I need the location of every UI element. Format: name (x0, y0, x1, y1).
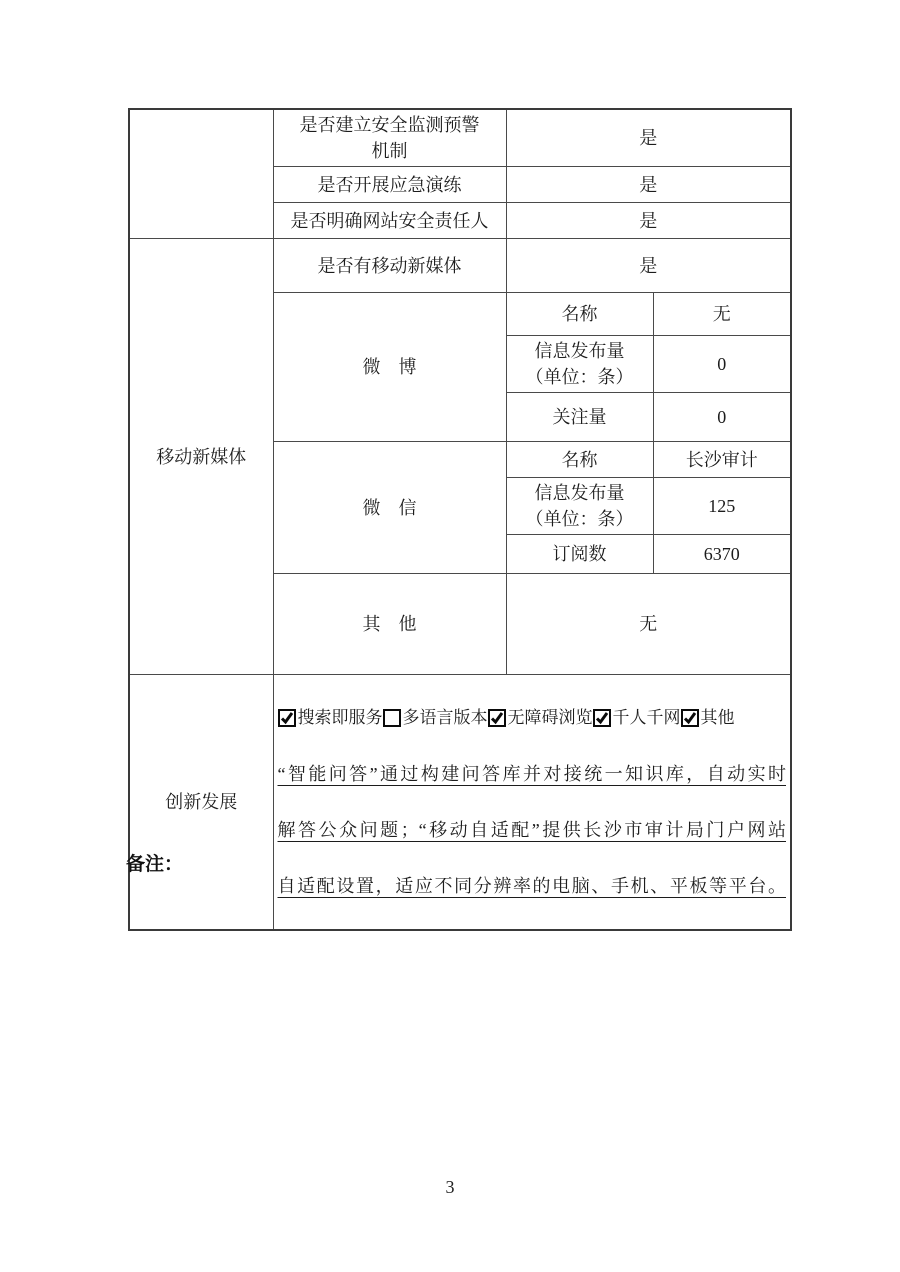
row-label-weibo-name: 名称 (506, 293, 653, 336)
group-label-other-media: 其 他 (273, 574, 506, 675)
row-label-wechat-posts: 信息发布量 （单位：条） (506, 478, 653, 535)
innovation-option-label: 其他 (701, 705, 735, 731)
row-value-emergency-drill: 是 (506, 167, 791, 203)
innovation-description-line: 解答公众问题；“移动自适配”提供长沙市审计局门户网站 (278, 815, 787, 845)
row-value-wechat-name: 长沙审计 (653, 442, 791, 478)
innovation-options-row: 搜索即服务 多语言版本 无障碍浏览 千人千网 (278, 703, 787, 733)
row-value-other-media: 无 (506, 574, 791, 675)
row-value-weibo-posts: 0 (653, 336, 791, 393)
innovation-description-line: 自适配设置，适应不同分辨率的电脑、手机、平板等平台。 (278, 871, 787, 901)
innovation-option-other: 其他 (681, 705, 735, 731)
checkbox-checked-icon (488, 709, 506, 727)
row-value-security-monitoring: 是 (506, 109, 791, 167)
page-number: 3 (0, 1177, 900, 1198)
section-label-mobile-media: 移动新媒体 (129, 239, 273, 675)
innovation-option-accessibility: 无障碍浏览 (488, 705, 593, 731)
innovation-option-label: 搜索即服务 (298, 705, 383, 731)
row-label-wechat-name: 名称 (506, 442, 653, 478)
row-label-has-mobile-media: 是否有移动新媒体 (273, 239, 506, 293)
checkbox-checked-icon (681, 709, 699, 727)
group-label-weibo: 微 博 (273, 293, 506, 442)
innovation-description-line: “智能问答”通过构建问答库并对接统一知识库，自动实时 (278, 759, 787, 789)
innovation-option-label: 多语言版本 (403, 705, 488, 731)
row-value-wechat-posts: 125 (653, 478, 791, 535)
document-page: 是否建立安全监测预警 机制 是 是否开展应急演练 是 是否明确网站安全责任人 是… (0, 0, 900, 1272)
row-value-security-officer: 是 (506, 203, 791, 239)
section-cell-empty (129, 109, 273, 239)
row-value-weibo-followers: 0 (653, 393, 791, 442)
checkbox-checked-icon (278, 709, 296, 727)
innovation-option-multilang: 多语言版本 (383, 705, 488, 731)
row-label-wechat-subscribers: 订阅数 (506, 535, 653, 574)
row-label-emergency-drill: 是否开展应急演练 (273, 167, 506, 203)
row-label-security-officer: 是否明确网站安全责任人 (273, 203, 506, 239)
row-value-has-mobile-media: 是 (506, 239, 791, 293)
row-label-weibo-posts: 信息发布量 （单位：条） (506, 336, 653, 393)
row-label-weibo-followers: 关注量 (506, 393, 653, 442)
innovation-option-label: 无障碍浏览 (508, 705, 593, 731)
innovation-option-personalized: 千人千网 (593, 705, 681, 731)
website-report-table: 是否建立安全监测预警 机制 是 是否开展应急演练 是 是否明确网站安全责任人 是… (128, 108, 792, 931)
row-value-wechat-subscribers: 6370 (653, 535, 791, 574)
section-label-innovation: 创新发展 (129, 675, 273, 931)
checkbox-checked-icon (593, 709, 611, 727)
notes-label: 备注： (126, 849, 183, 876)
checkbox-unchecked-icon (383, 709, 401, 727)
innovation-option-search: 搜索即服务 (278, 705, 383, 731)
innovation-option-label: 千人千网 (613, 705, 681, 731)
row-label-security-monitoring: 是否建立安全监测预警 机制 (273, 109, 506, 167)
group-label-wechat: 微 信 (273, 442, 506, 574)
row-value-weibo-name: 无 (653, 293, 791, 336)
innovation-content-cell: 搜索即服务 多语言版本 无障碍浏览 千人千网 (273, 675, 791, 931)
